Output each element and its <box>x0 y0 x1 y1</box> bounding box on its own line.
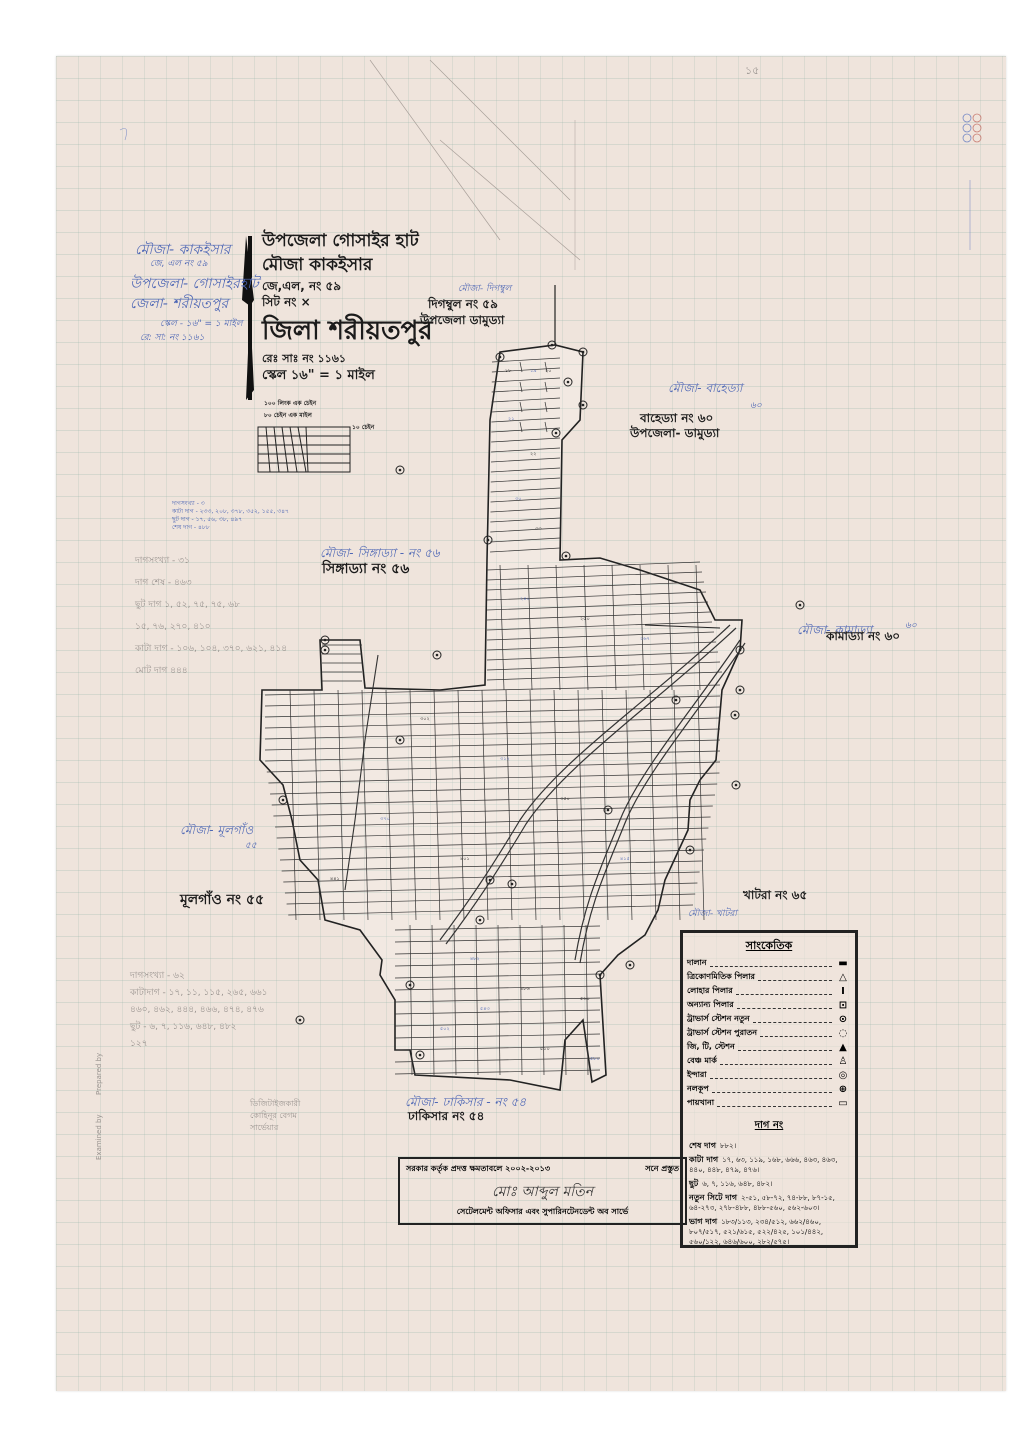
hand-rs: রে: সা: নং ১১৬১ <box>140 330 204 345</box>
legend-rows: দালান▬ত্রিকোণমিতিক পিলার△লোহার পিলারIঅন্… <box>683 956 855 1110</box>
legend-item: বেঞ্চ মার্ক♙ <box>683 1054 855 1068</box>
plot-section-title: দাগ নং <box>683 1118 855 1135</box>
southeast-hand-label: মৌজা- খাটরা <box>688 906 737 921</box>
legend-item: দালান▬ <box>683 956 855 970</box>
plot-entry: নতুন সিটে দাগ২-৫১, ৫৮-৭২, ৭৪-৮৮, ৮৭-১৫, … <box>683 1191 855 1215</box>
east-hand-no: ৬০ <box>905 618 917 633</box>
bench-mark-icon: ♙ <box>835 1055 851 1067</box>
plot-number: ৪৮২ <box>470 956 480 962</box>
margin-note-block-1: দাগসংখ্যা - ৩কাটা দাগ - ২৩৩, ২০৮, ৩৭৮, ৩… <box>172 500 289 532</box>
prepared-by-label: Prepared by <box>95 1053 103 1095</box>
officer-signature: মোঃ আব্দুল মতিন <box>400 1180 685 1204</box>
scale-diagram-label: ১০ চেইন <box>352 422 374 433</box>
plot-number: ২৫০ <box>580 616 590 622</box>
north-upazila-label: উপজেলা ডামুড্যা <box>420 312 504 332</box>
northeast-hand-label: মৌজা- বাহেড্যা <box>668 380 742 400</box>
certification-box: সরকার কর্তৃক প্রদত্ত ক্ষমতাবলে ২০০২-২০১৩… <box>398 1157 687 1225</box>
southeast-mouza-label: খাটরা নং ৬৫ <box>743 887 807 907</box>
triangle-icon: △ <box>835 971 851 983</box>
margin-note-line: কোহিনূর বেগম <box>250 1110 300 1122</box>
west-hand-label: মৌজা- মূলগাঁও <box>180 822 253 842</box>
legend-label: অন্যান্য পিলার <box>687 999 734 1012</box>
plot-number: ৩৭০ <box>380 816 390 822</box>
legend-label: ত্রিকোণমিতিক পিলার <box>687 971 755 984</box>
plot-number: ২৪০ <box>520 596 530 602</box>
plot-number: ৫১০ <box>540 1046 550 1052</box>
west-mouza-label: মূলগাঁও নং ৫৫ <box>180 888 264 912</box>
margin-note-line: ১২৭ <box>130 1036 268 1053</box>
margin-note-block-2: দাগসংখ্যা - ৩১দাগ শেষ - ৪৬৩ছুট দাগ ১, ৫২… <box>135 550 287 682</box>
cert-line1-right: সনে প্রস্তুত <box>645 1163 679 1176</box>
mouza-title: মৌজা কাকইসার <box>262 252 372 280</box>
northeast-upazila-label: উপজেলা- ডামুড্যা <box>630 425 719 445</box>
digitizer-note: ডিজিটাইজকারীকোহিনূর বেগমসার্ভেয়ার <box>250 1098 300 1134</box>
legend-item: ট্রাভার্স স্টেশন পুরাতন◌ <box>683 1026 855 1040</box>
plot-number: ৪১৫ <box>620 856 630 862</box>
mouza-boundary <box>260 345 742 1090</box>
tubewell-icon: ⊕ <box>835 1083 851 1095</box>
legend-item: ইন্দারা◎ <box>683 1068 855 1082</box>
east-mouza-label: কামাড্যা নং ৬০ <box>826 628 900 648</box>
plot-entry: ছুট৬, ৭, ১১৬, ৬৪৮, ৪৮২। <box>683 1177 855 1191</box>
legend-item: নলকূপ⊕ <box>683 1082 855 1096</box>
plot-number: ৫০২ <box>440 1026 450 1032</box>
well-icon: ◎ <box>835 1069 851 1081</box>
iron-pillar-icon: I <box>835 985 851 997</box>
dashed-circle-icon: ◌ <box>835 1027 851 1039</box>
plot-number: ৩০ <box>515 496 522 502</box>
plot-number: ৪৮৬ <box>520 986 530 992</box>
legend-label: বেঞ্চ মার্ক <box>687 1055 717 1068</box>
plot-entry: কাটা দাগ১৭, ৬৩, ১১৯, ১৬৮, ৬৬৬, ৪৬৩, ৪৬৩,… <box>683 1153 855 1177</box>
margin-note-line: মোট দাগ ৪৪৪ <box>135 660 287 682</box>
plot-number: ৩১২ <box>500 756 510 762</box>
plot-number: ৫৪৩ <box>480 1006 490 1012</box>
margin-note-line: দাগ শেষ - ৪৬৩ <box>135 572 287 594</box>
legend-label: দালান <box>687 957 707 970</box>
legend-box: সাংকেতিক দালান▬ত্রিকোণমিতিক পিলার△লোহার … <box>680 930 858 1248</box>
westnorth-mouza-label: সিঙ্গাড্যা নং ৫৬ <box>322 557 409 581</box>
top-sheet-code: ১৫ <box>745 62 759 81</box>
legend-label: ট্রাভার্স স্টেশন পুরাতন <box>687 1027 757 1040</box>
plot-number: ৩০২ <box>420 716 430 722</box>
legend-label: ইন্দারা <box>687 1069 707 1082</box>
plot-number: ৫৬০ <box>580 996 590 1002</box>
margin-note-line: ছুট দাগ ১, ৫২, ৭৫, ৭৫, ৬৮ <box>135 594 287 616</box>
circle-dot-icon: ⊙ <box>835 1013 851 1025</box>
south-mouza-label: ঢাকিসার নং ৫৪ <box>408 1108 484 1128</box>
margin-note-line: ডিজিটাইজকারী <box>250 1098 300 1110</box>
district-title: জিলা শরীয়তপুর <box>262 310 433 354</box>
margin-note-block-3: দাগসংখ্যা - ৬২কাটাদাগ - ১৭, ১১, ১১৫, ২৬৫… <box>130 968 268 1053</box>
legend-item: জি, টি, স্টেশন▲ <box>683 1040 855 1054</box>
legend-item: ত্রিকোণমিতিক পিলার△ <box>683 970 855 984</box>
latrine-icon: ▭ <box>835 1097 851 1109</box>
plot-number: ৪৪১ <box>330 876 340 882</box>
cert-line1-left: সরকার কর্তৃক প্রদত্ত ক্ষমতাবলে ২০০২-২০১৩ <box>406 1163 550 1176</box>
building-icon: ▬ <box>835 957 851 969</box>
plot-entries: শেষ দাগ৮৮২।কাটা দাগ১৭, ৬৩, ১১৯, ১৬৮, ৬৬৬… <box>683 1139 855 1249</box>
margin-note-line: ৪৬০, ৪৬২, ৪৪৪, ৪৬৬, ৪৭৪, ৪৭৬ <box>130 1002 268 1019</box>
margin-note-line: কাটাদাগ - ১৭, ১১, ১১৫, ২৬৫, ৬৬১ <box>130 985 268 1002</box>
margin-note-line: কাটা দাগ - ২৩৩, ২০৮, ৩৭৮, ৩৫২, ১৫৫, ৩৪৭ <box>172 508 289 516</box>
plot-number: ৩৫০ <box>560 796 570 802</box>
plot-number: ৪০১ <box>460 856 470 862</box>
gt-station-icon: ▲ <box>835 1041 851 1053</box>
plot-number: ১৯ <box>530 368 537 374</box>
cert-designation: সেটেলমেন্ট অফিসার এবং সুপারিনটেনডেন্ট অব… <box>400 1206 685 1219</box>
west-hand-no: ৫৫ <box>245 838 257 853</box>
legend-label: পায়খানা <box>687 1097 714 1110</box>
plot-number: ২২ <box>530 451 537 457</box>
plot-number: ১৮ <box>505 368 512 374</box>
legend-item: পায়খানা▭ <box>683 1096 855 1110</box>
scale-note-2: ৮০ চেইন এক মাইল <box>264 410 312 421</box>
margin-note-line: ছুট - ৬, ৭, ১১৬, ৬৪৮, ৪৮২ <box>130 1019 268 1036</box>
legend-title: সাংকেতিক <box>683 937 855 956</box>
cadastral-map: ১৮১৯২০২১২২৩০৩৩২৪০২৫০২৬৭৩০২৩১২৩৫০৩৭০৪০১৪১… <box>0 0 1024 1449</box>
northeast-hand-no: ৬০ <box>750 398 762 413</box>
margin-note-line: দাগসংখ্যা - ৩১ <box>135 550 287 572</box>
hand-district: জেলা- শরীয়তপুর <box>130 292 228 316</box>
scale-text: স্কেল ১৬" = ১ মাইল <box>262 366 375 387</box>
legend-item: লোহার পিলারI <box>683 984 855 998</box>
plot-number: ২০ <box>545 368 552 374</box>
legend-label: জি, টি, স্টেশন <box>687 1041 735 1054</box>
plot-number: ৫৮০ <box>590 1056 600 1062</box>
plot-entry: ভাগ দাগ১৮৩/১১৩, ২৩৪/৫১২, ৬৬২/৪৬০, ৮০৭/৫১… <box>683 1215 855 1249</box>
hand-scale: স্কেল - ১৬" = ১ মাইল <box>160 316 243 331</box>
legend-label: ট্রাভার্স স্টেশন নতুন <box>687 1013 750 1026</box>
margin-note-line: ছুট দাগ - ১৭, ৫৬, ৩৮, ৪৯৭ <box>172 516 289 524</box>
plot-number: ২১ <box>508 416 515 422</box>
plot-entry: শেষ দাগ৮৮২। <box>683 1139 855 1153</box>
examined-by-label: Examined by <box>95 1114 103 1160</box>
margin-note-line: শেষ দাগ - ৪৮৮ <box>172 524 289 532</box>
margin-note-line: কাটা দাগ - ১০৬, ১০৪, ৩৭০, ৬২১, ৪১৪ <box>135 638 287 660</box>
legend-item: ট্রাভার্স স্টেশন নতুন⊙ <box>683 1012 855 1026</box>
margin-note-line: দাগসংখ্যা - ৩ <box>172 500 289 508</box>
plot-number: ২৬৭ <box>640 636 650 642</box>
hand-jl: জে, এল নং ৫৯ <box>150 256 208 271</box>
plot-number: ৩৩ <box>535 526 542 532</box>
scale-note-1: ১০০ লিংক এক চেইন <box>264 398 316 409</box>
square-dot-icon: ⊡ <box>835 999 851 1011</box>
margin-note-line: ১৫, ৭৬, ২৭০, ৪১০ <box>135 616 287 638</box>
legend-item: অন্যান্য পিলার⊡ <box>683 998 855 1012</box>
scale-diagram <box>258 427 350 472</box>
legend-label: নলকূপ <box>687 1083 709 1096</box>
north-hand-label: মৌজা- দিগম্বুল <box>458 281 511 296</box>
legend-label: লোহার পিলার <box>687 985 733 998</box>
margin-note-line: দাগসংখ্যা - ৬২ <box>130 968 268 985</box>
margin-note-line: সার্ভেয়ার <box>250 1122 300 1134</box>
